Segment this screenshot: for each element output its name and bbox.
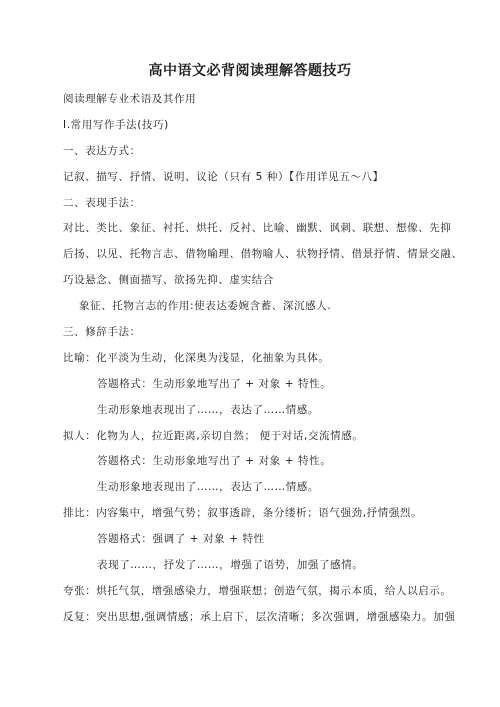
text-line: 象征、托物言志的作用:使表达委婉含蓄、深沉感人.: [63, 294, 500, 320]
text-line: 生动形象地表现出了……，表达了……情感。: [63, 475, 500, 501]
text-line: 巧设悬念、侧面描写、欲扬先抑、虚实结合: [63, 268, 500, 294]
text-line-heading: 一、表达方式：: [63, 139, 500, 165]
text-line: 夸张：烘托气氛，增强感染力，增强联想；创造气氛，揭示本质，给人以启示。: [63, 579, 500, 605]
text-line: 反复：突出思想,强调情感；承上启下，层次清晰；多次强调，增强感染力。加强: [63, 605, 500, 631]
text-line: 答题格式：生动形象地写出了 + 对象 + 特性。: [63, 372, 500, 398]
text-line: 后扬、以见、托物言志、借物喻理、借物喻人、状物抒情、借景抒情、情景交融、: [63, 242, 500, 268]
document-title: 高中语文必背阅读理解答题技巧: [0, 62, 500, 80]
document-body: 阅读理解专业术语及其作用 I.常用写作手法(技巧) 一、表达方式： 记叙、描写、…: [63, 87, 500, 631]
text-line-heading: 二、表现手法：: [63, 191, 500, 217]
text-line: 表现了……，抒发了……，增强了语势，加强了感情。: [63, 553, 500, 579]
text-line: 拟人：化物为人，拉近距离,亲切自然； 便于对话,交流情感。: [63, 424, 500, 450]
text-line: 比喻：化平淡为生动，化深奥为浅显，化抽象为具体。: [63, 346, 500, 372]
text-line: 生动形象地表现出了……，表达了……情感。: [63, 398, 500, 424]
text-line: 排比：内容集中，增强气势；叙事透辟，条分缕析；语气强劲,抒情强烈。: [63, 501, 500, 527]
text-line: 答题格式：强调了 + 对象 + 特性: [63, 527, 500, 553]
text-line-heading: I.常用写作手法(技巧): [63, 113, 500, 139]
text-line: 记叙、描写、抒情、说明、议论（只有 5 种）【作用详见五～八】: [63, 165, 500, 191]
document-page: 高中语文必背阅读理解答题技巧 阅读理解专业术语及其作用 I.常用写作手法(技巧)…: [0, 0, 500, 707]
text-line: 对比、类比、象征、衬托、烘托、反衬、比喻、幽默、讽刺、联想、想像、先抑: [63, 216, 500, 242]
text-line-section-label: 阅读理解专业术语及其作用: [63, 87, 500, 113]
text-line: 答题格式：生动形象地写出了 + 对象 + 特性。: [63, 449, 500, 475]
text-line-heading: 三、修辞手法：: [63, 320, 500, 346]
